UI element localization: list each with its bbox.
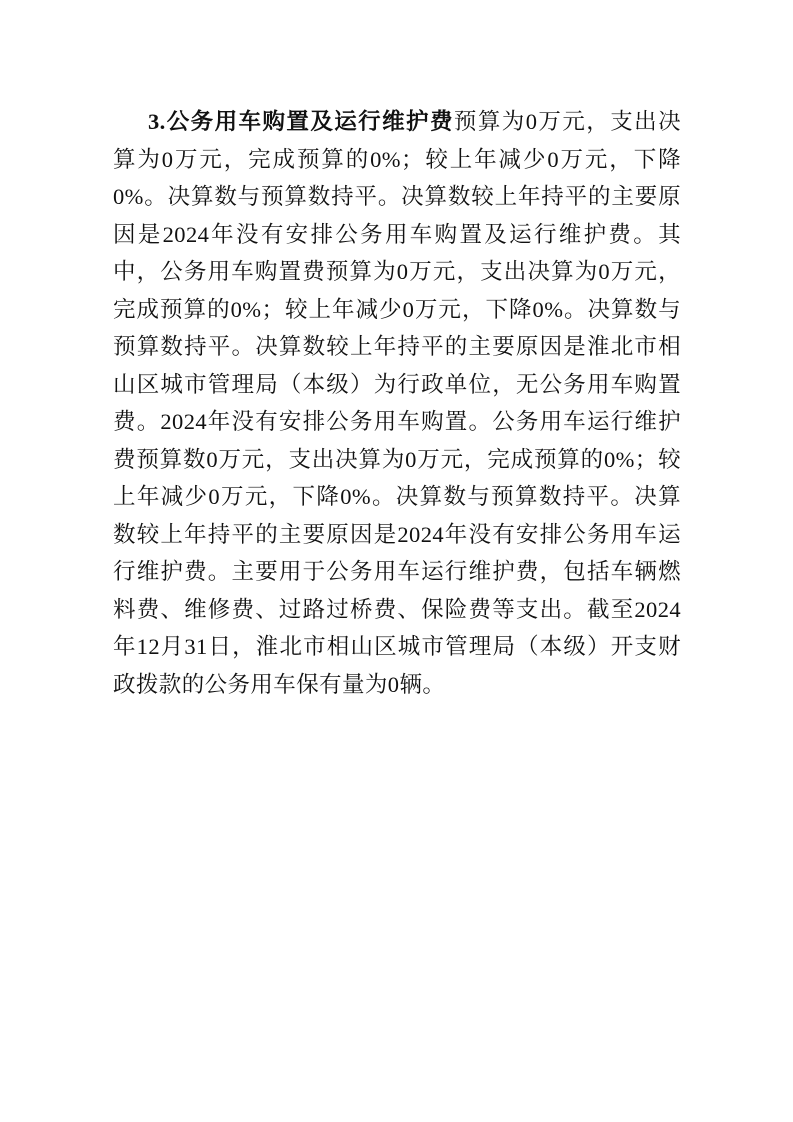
section-body-text: 预算为0万元，支出决算为0万元，完成预算的0%；较上年减少0万元，下降0%。决算… [113, 109, 681, 697]
document-page: 3.公务用车购置及运行维护费预算为0万元，支出决算为0万元，完成预算的0%；较上… [0, 0, 793, 1122]
section-heading: 3.公务用车购置及运行维护费 [148, 109, 454, 134]
vehicle-budget-paragraph: 3.公务用车购置及运行维护费预算为0万元，支出决算为0万元，完成预算的0%；较上… [113, 103, 681, 703]
